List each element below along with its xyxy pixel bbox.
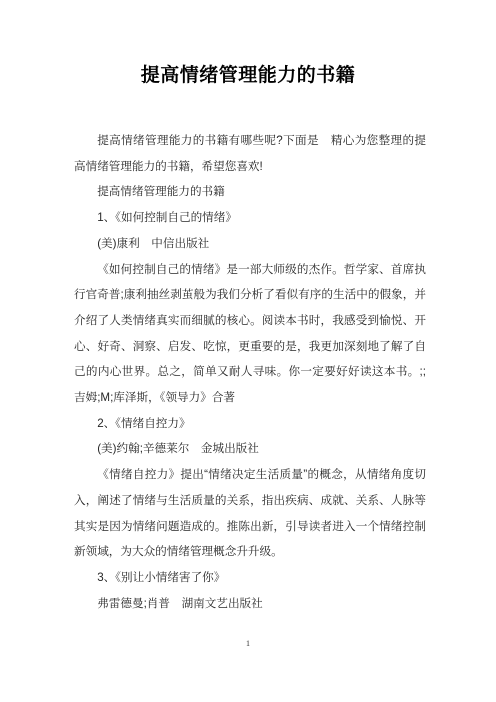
paragraph-book1-publisher: (美)康利 中信出版社 [74, 231, 426, 257]
paragraph-book2-title: 2、《情绪自控力》 [74, 411, 426, 437]
paragraph-subtitle: 提高情绪管理能力的书籍 [74, 179, 426, 205]
paragraph-book3-title: 3、《别让小情绪害了你》 [74, 565, 426, 591]
body-text: 提高情绪管理能力的书籍有哪些呢?下面是 精心为您整理的提高情绪管理能力的书籍，希… [74, 128, 426, 616]
page-number: 1 [0, 639, 496, 649]
paragraph-book2-publisher: (美)约翰;辛德莱尔 金城出版社 [74, 436, 426, 462]
paragraph-book2-description: 《情绪自控力》提出“情绪决定生活质量”的概念，从情绪角度切入，阐述了情绪与生活质… [74, 462, 426, 565]
document-page: 提高情绪管理能力的书籍 提高情绪管理能力的书籍有哪些呢?下面是 精心为您整理的提… [0, 0, 496, 702]
paragraph-book1-title: 1、《如何控制自己的情绪》 [74, 205, 426, 231]
page-title: 提高情绪管理能力的书籍 [0, 0, 496, 88]
paragraph-book1-description: 《如何控制自己的情绪》是一部大师级的杰作。哲学家、首席执行官奇普;康利抽丝剥茧般… [74, 257, 426, 411]
paragraph-intro: 提高情绪管理能力的书籍有哪些呢?下面是 精心为您整理的提高情绪管理能力的书籍，希… [74, 128, 426, 179]
paragraph-book3-publisher: 弗雷德曼;肖普 湖南文艺出版社 [74, 591, 426, 617]
